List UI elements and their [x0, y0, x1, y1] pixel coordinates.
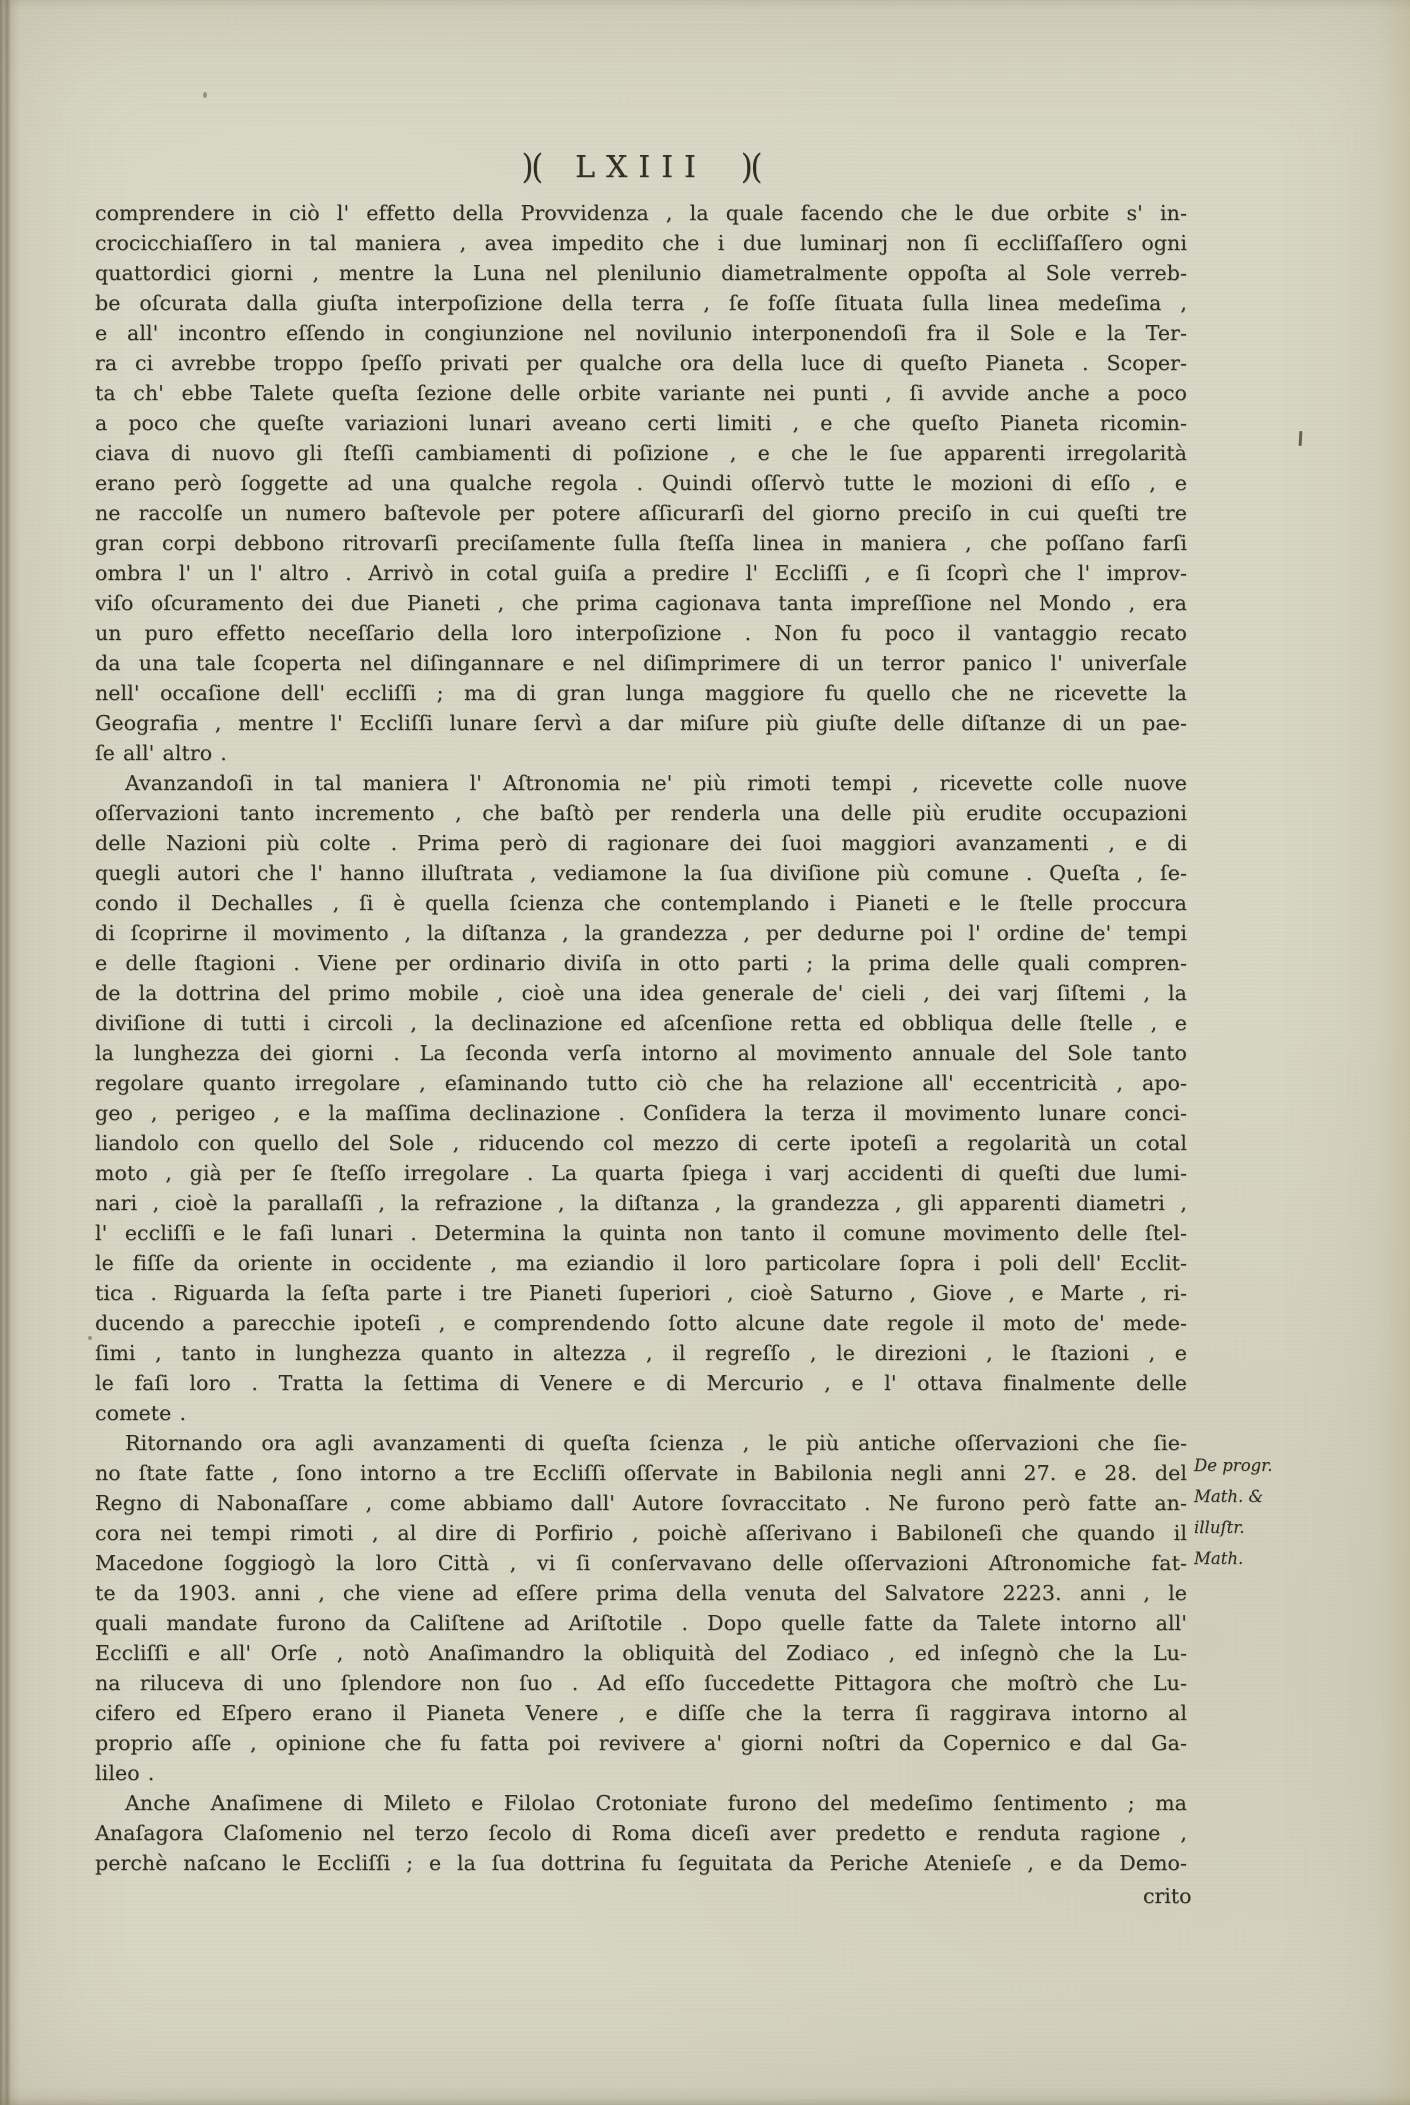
text-line: crocicchiaſſero in tal maniera , avea im… — [95, 228, 1187, 258]
text-line: cifero ed Eſpero erano il Pianeta Venere… — [95, 1698, 1187, 1728]
page-header: )( LXIII )( — [95, 150, 1187, 185]
text-line: la lunghezza dei giorni . La ſeconda ver… — [95, 1038, 1187, 1068]
scan-speck — [1299, 431, 1303, 446]
book-page-scan: )( LXIII )( comprendere in ciò l' effett… — [0, 0, 1410, 2105]
text-line: di ſcoprirne il movimento , la diſtanza … — [95, 918, 1187, 948]
text-line: te da 1903. anni , che viene ad eſſere p… — [95, 1578, 1187, 1608]
text-line: quegli autori che l' hanno illuſtrata , … — [95, 858, 1187, 888]
body-text: comprendere in ciò l' effetto della Prov… — [95, 198, 1187, 1878]
text-line: l' eccliſſi e le faſi lunari . Determina… — [95, 1218, 1187, 1248]
text-line: delle Nazioni più colte . Prima però di … — [95, 828, 1187, 858]
scan-speck — [203, 92, 207, 98]
margin-note-line: illuſtr. — [1194, 1512, 1344, 1543]
scan-edge-bottom — [0, 2087, 1410, 2105]
text-line: condo il Dechalles , ſi è quella ſcienza… — [95, 888, 1187, 918]
text-line: Macedone ſoggiogò la loro Città , vi ſi … — [95, 1548, 1187, 1578]
margin-note: De progr.Math. &illuſtr.Math. — [1194, 1450, 1344, 1574]
text-line: Regno di Nabonaſſare , come abbiamo dall… — [95, 1488, 1187, 1518]
text-line: Geografia , mentre l' Eccliſſi lunare ſe… — [95, 708, 1187, 738]
text-line: Eccliſſi e all' Orſe , notò Anaſimandro … — [95, 1638, 1187, 1668]
text-line: un puro effetto neceſſario della loro in… — [95, 618, 1187, 648]
margin-note-line: Math. — [1194, 1543, 1344, 1574]
text-line: liandolo con quello del Sole , riducendo… — [95, 1128, 1187, 1158]
text-line: viſo oſcuramento dei due Pianeti , che p… — [95, 588, 1187, 618]
text-line: cora nei tempi rimoti , al dire di Porfi… — [95, 1518, 1187, 1548]
margin-note-line: Math. & — [1194, 1481, 1344, 1512]
text-line: tica . Riguarda la ſeſta parte i tre Pia… — [95, 1278, 1187, 1308]
text-line: le faſi loro . Tratta la ſettima di Vene… — [95, 1368, 1187, 1398]
margin-note-line: De progr. — [1194, 1450, 1344, 1481]
text-line: oſſervazioni tanto incremento , che baſt… — [95, 798, 1187, 828]
text-line: a poco che queſte variazioni lunari avea… — [95, 408, 1187, 438]
text-line: be oſcurata dalla giuſta interpoſizione … — [95, 288, 1187, 318]
text-line: nell' occaſione dell' eccliſſi ; ma di g… — [95, 678, 1187, 708]
text-line: na riluceva di uno ſplendore non ſuo . A… — [95, 1668, 1187, 1698]
text-line: quali mandate furono da Caliſtene ad Ari… — [95, 1608, 1187, 1638]
text-line: ciava di nuovo gli ſteſſi cambiamenti di… — [95, 438, 1187, 468]
text-line: ſe all' altro . — [95, 738, 1187, 768]
text-line: erano però ſoggette ad una qualche regol… — [95, 468, 1187, 498]
text-line: regolare quanto irregolare , eſaminando … — [95, 1068, 1187, 1098]
header-ornament-left: )( — [522, 148, 541, 187]
text-line: lileo . — [95, 1758, 1187, 1788]
text-line: gran corpi debbono ritrovarſi preciſamen… — [95, 528, 1187, 558]
text-line: proprio aſſe , opinione che fu fatta poi… — [95, 1728, 1187, 1758]
text-line: perchè naſcano le Eccliſſi ; e la ſua do… — [95, 1848, 1187, 1878]
text-line: moto , già per ſe ſteſſo irregolare . La… — [95, 1158, 1187, 1188]
text-line: geo , perigeo , e la maſſima declinazion… — [95, 1098, 1187, 1128]
text-line: Anaſagora Claſomenio nel terzo ſecolo di… — [95, 1818, 1187, 1848]
text-line: ta ch' ebbe Talete queſta ſezione delle … — [95, 378, 1187, 408]
header-ornament-right: )( — [741, 148, 760, 187]
text-line: no ſtate fatte , ſono intorno a tre Eccl… — [95, 1458, 1187, 1488]
scan-speck — [88, 1336, 92, 1340]
text-line: Ritornando ora agli avanzamenti di queſt… — [95, 1428, 1187, 1458]
text-line: e delle ſtagioni . Viene per ordinario d… — [95, 948, 1187, 978]
catchword: crito — [1143, 1884, 1191, 1908]
text-line: quattordici giorni , mentre la Luna nel … — [95, 258, 1187, 288]
text-line: ra ci avrebbe troppo ſpeſſo privati per … — [95, 348, 1187, 378]
text-line: le fiſſe da oriente in occidente , ma ez… — [95, 1248, 1187, 1278]
text-line: diviſione di tutti i circoli , la declin… — [95, 1008, 1187, 1038]
text-line: Anche Anaſimene di Mileto e Filolao Crot… — [95, 1788, 1187, 1818]
text-line: comprendere in ciò l' effetto della Prov… — [95, 198, 1187, 228]
scan-edge-left — [0, 0, 20, 2105]
scan-edge-right — [1376, 0, 1410, 2105]
text-line: da una tale ſcoperta nel diſingannare e … — [95, 648, 1187, 678]
text-line: comete . — [95, 1398, 1187, 1428]
text-line: ombra l' un l' altro . Arrivò in cotal g… — [95, 558, 1187, 588]
text-line: ducendo a parecchie ipoteſi , e comprend… — [95, 1308, 1187, 1338]
text-line: ne raccolſe un numero baſtevole per pote… — [95, 498, 1187, 528]
text-line: e all' incontro eſſendo in congiunzione … — [95, 318, 1187, 348]
text-line: de la dottrina del primo mobile , cioè u… — [95, 978, 1187, 1008]
text-line: Avanzandoſi in tal maniera l' Aſtronomia… — [95, 768, 1187, 798]
text-line: nari , cioè la parallaſſi , la refrazion… — [95, 1188, 1187, 1218]
scan-edge-top — [0, 0, 1410, 10]
text-line: ſimi , tanto in lunghezza quanto in alte… — [95, 1338, 1187, 1368]
page-number: LXIII — [575, 150, 707, 185]
